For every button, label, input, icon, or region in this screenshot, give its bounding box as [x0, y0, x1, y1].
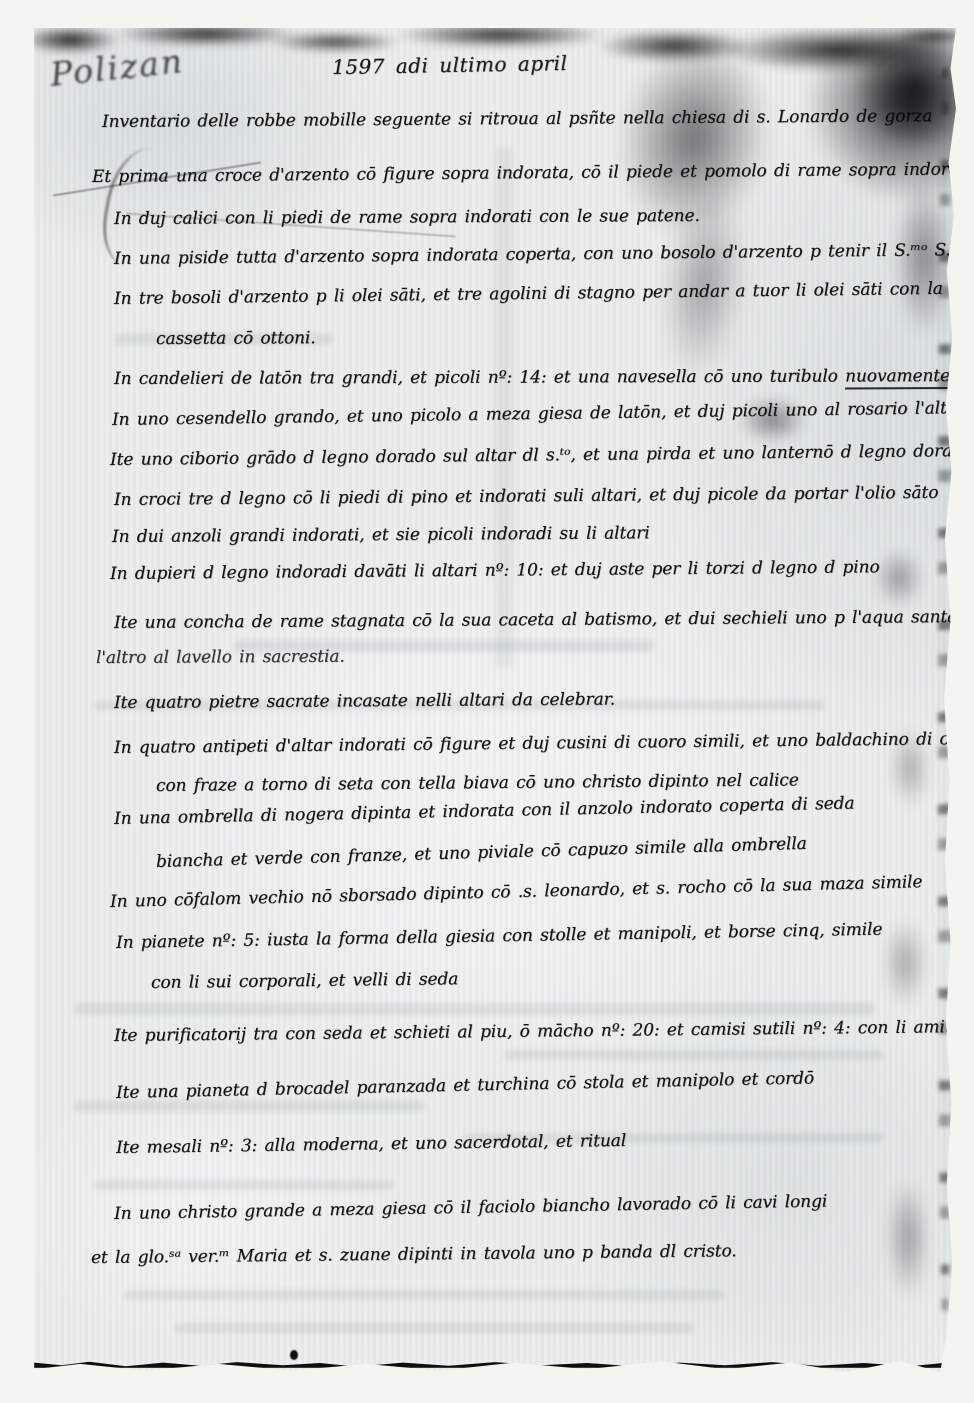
- manuscript-line-4: In una piside tutta d'arzento sopra indo…: [114, 238, 958, 271]
- manuscript-line-19: biancha et verde con franze, et uno pivi…: [156, 832, 807, 874]
- manuscript-line-18: In una ombrella di nogera dipinta et ind…: [114, 791, 855, 831]
- line-text: In dui anzoli grandi indorati, et sie pi…: [112, 523, 650, 547]
- manuscript-line-15: Ite quatro pietre sacrate incasate nelli…: [114, 688, 615, 715]
- line-text: Et prima una croce d'arzento cō figure s…: [92, 159, 959, 187]
- line-text: Ite purificatorij tra con seda et schiet…: [114, 1017, 962, 1046]
- manuscript-line-7: In candelieri de latōn tra grandi, et pi…: [114, 364, 974, 391]
- manuscript-line-10: In croci tre d legno cō li piedi di pino…: [114, 481, 939, 512]
- manuscript-line-27: et la glo.ˢᵃ ver.ᵐ Maria et s. zuane dip…: [91, 1239, 737, 1270]
- manuscript-line-11: In dui anzoli grandi indorati, et sie pi…: [112, 521, 650, 549]
- line-text-underlined: nuovamente dato: [845, 366, 974, 390]
- line-text: In croci tre d legno cō li piedi di pino…: [114, 483, 939, 510]
- line-text: In uno cesendello grando, et uno picolo …: [112, 397, 974, 430]
- manuscript-line-12: In dupieri d legno indoradi davāti li al…: [110, 555, 880, 586]
- line-text: con fraze a torno di seta con tella biav…: [156, 770, 799, 796]
- line-text: biancha et verde con franze, et uno pivi…: [156, 834, 807, 872]
- line-text: et la glo.ˢᵃ ver.ᵐ Maria et s. zuane dip…: [91, 1241, 737, 1268]
- line-text: Ite una concha de rame stagnata cō la su…: [114, 607, 957, 633]
- manuscript-text: Inventario delle robbe mobille seguente …: [34, 28, 956, 1372]
- manuscript-line-23: Ite purificatorij tra con seda et schiet…: [114, 1015, 962, 1048]
- line-text: In tre bosoli d'arzento p li olei sāti, …: [114, 278, 974, 309]
- manuscript-line-2: Et prima una croce d'arzento cō figure s…: [92, 157, 959, 189]
- manuscript-line-9: Ite uno ciborio grādo d legno dorado sul…: [110, 439, 968, 472]
- manuscript-line-20: In uno cōfalom vechio nō sborsado dipint…: [110, 870, 923, 914]
- line-text: cassetta cō ottoni.: [156, 328, 316, 349]
- line-text: In quatro antipeti d'altar indorati cō f…: [114, 729, 974, 758]
- manuscript-line-1: Inventario delle robbe mobille seguente …: [102, 104, 932, 134]
- manuscript-page: Polizan 1597 adi ultimo april Inventario…: [34, 28, 956, 1372]
- line-text: In candelieri de latōn tra grandi, et pi…: [114, 366, 838, 389]
- manuscript-line-6: cassetta cō ottoni.: [156, 326, 316, 351]
- line-text: In dupieri d legno indoradi davāti li al…: [110, 557, 880, 584]
- manuscript-line-16: In quatro antipeti d'altar indorati cō f…: [114, 727, 974, 760]
- line-text: In duj calici con li piedi de rame sopra…: [114, 206, 700, 229]
- manuscript-line-25: Ite mesali nº: 3: alla moderna, et uno s…: [116, 1129, 626, 1160]
- line-text: In una piside tutta d'arzento sopra indo…: [114, 240, 958, 269]
- line-text: l'altro al lavello in sacrestia.: [96, 647, 345, 668]
- manuscript-line-22: con li sui corporali, et velli di seda: [151, 967, 459, 995]
- manuscript-line-24: Ite una pianeta d brocadel paranzada et …: [116, 1066, 815, 1105]
- line-text: In pianete nº: 5: iusta la forma della g…: [116, 920, 883, 953]
- line-text: Ite uno ciborio grādo d legno dorado sul…: [110, 441, 968, 470]
- line-text: Ite quatro pietre sacrate incasate nelli…: [114, 690, 615, 713]
- manuscript-line-13: Ite una concha de rame stagnata cō la su…: [114, 605, 957, 635]
- line-text: In uno christo grande a meza giesa cō il…: [114, 1192, 827, 1224]
- line-text: Ite una pianeta d brocadel paranzada et …: [116, 1068, 814, 1103]
- manuscript-line-8: In uno cesendello grando, et uno picolo …: [112, 395, 974, 432]
- manuscript-line-26: In uno christo grande a meza giesa cō il…: [114, 1190, 828, 1226]
- line-text: In una ombrella di nogera dipinta et ind…: [114, 793, 855, 829]
- scanned-page-background: Polizan 1597 adi ultimo april Inventario…: [0, 0, 974, 1403]
- line-text: In uno cōfalom vechio nō sborsado dipint…: [110, 872, 923, 912]
- manuscript-line-17: con fraze a torno di seta con tella biav…: [156, 768, 799, 798]
- line-text: Inventario delle robbe mobille seguente …: [102, 106, 932, 132]
- manuscript-line-3: In duj calici con li piedi de rame sopra…: [114, 204, 700, 231]
- manuscript-line-5: In tre bosoli d'arzento p li olei sāti, …: [114, 276, 974, 311]
- manuscript-line-21: In pianete nº: 5: iusta la forma della g…: [116, 918, 883, 955]
- line-text: con li sui corporali, et velli di seda: [151, 969, 458, 993]
- manuscript-line-14: l'altro al lavello in sacrestia.: [96, 645, 345, 670]
- line-text: Ite mesali nº: 3: alla moderna, et uno s…: [116, 1131, 626, 1158]
